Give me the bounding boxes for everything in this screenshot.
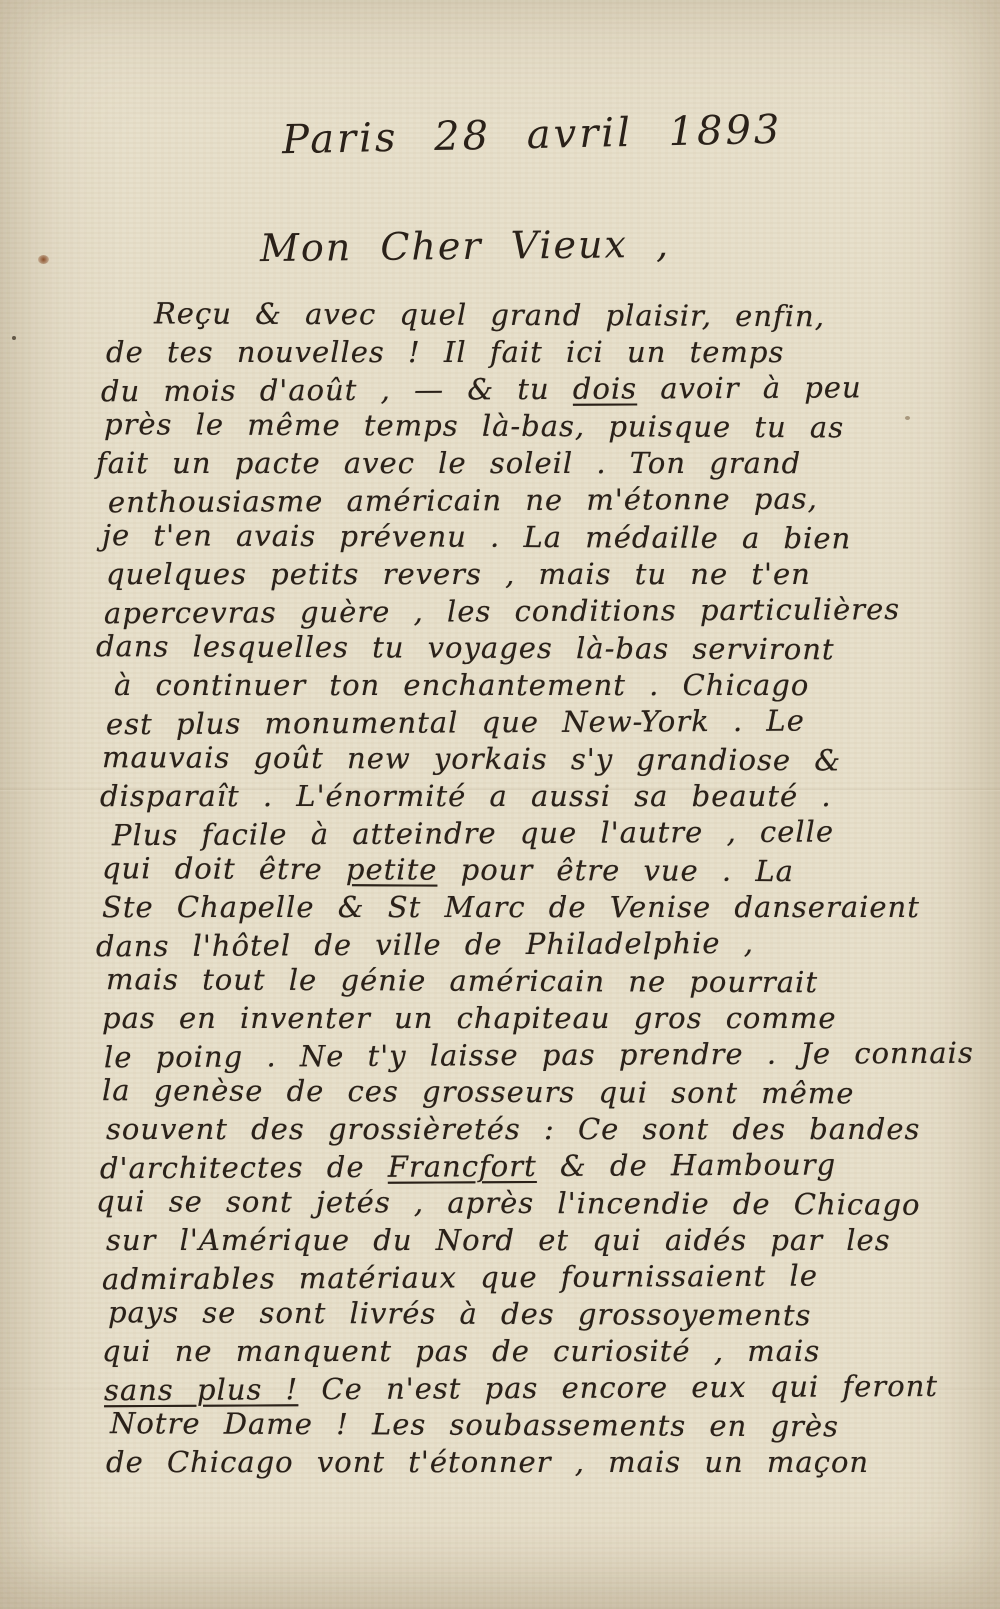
letter-line: je t'en avais prévenu . La médaille a bi… (96, 517, 976, 558)
letter-line: fait un pacte avec le soleil . Ton grand (96, 445, 976, 482)
letter-line: apercevras guère , les conditions partic… (96, 591, 976, 633)
letter-line: enthousiasme américain ne m'étonne pas, (96, 480, 976, 522)
letter-line: qui ne manquent pas de curiosité , mais (96, 1333, 976, 1370)
letter-line: le poing . Ne t'y laisse pas prendre . J… (96, 1035, 976, 1077)
letter-line: Plus facile à atteindre que l'autre , ce… (96, 813, 976, 855)
letter-line: sur l'Amérique du Nord et qui aidés par … (96, 1222, 976, 1259)
letter-line: Reçu & avec quel grand plaisir, enfin, (96, 295, 976, 336)
letter-line: de Chicago vont t'étonner , mais un maço… (96, 1444, 976, 1481)
letter-line: du mois d'août , — & tu dois avoir à peu (96, 369, 976, 411)
letter-line: sans plus ! Ce n'est pas encore eux qui … (96, 1368, 976, 1410)
letter-line: la genèse de ces grosseurs qui sont même (96, 1072, 976, 1113)
letter-page: Paris 28 avril 1893 Mon Cher Vieux , Reç… (0, 0, 1000, 1609)
letter-line: Notre Dame ! Les soubassements en grès (96, 1405, 976, 1446)
letter-salutation: Mon Cher Vieux , (260, 222, 671, 270)
letter-line: dans lesquelles tu voyages là-bas servir… (96, 628, 976, 669)
letter-line: Ste Chapelle & St Marc de Venise dansera… (96, 889, 976, 926)
underlined-word: Francfort (388, 1149, 537, 1184)
letter-line: à continuer ton enchantement . Chicago (96, 667, 976, 704)
foxing-stain-spot (38, 255, 49, 264)
underlined-word: petite (346, 852, 438, 886)
letter-line: admirables matériaux que fournissaient l… (96, 1257, 976, 1299)
letter-line: quelques petits revers , mais tu ne t'en (96, 556, 976, 593)
letter-line: mais tout le génie américain ne pourrait (96, 961, 976, 1002)
letter-line: de tes nouvelles ! Il fait ici un temps (96, 334, 976, 371)
letter-line: disparaît . L'énormité a aussi sa beauté… (96, 778, 976, 815)
letter-line: pays se sont livrés à des grossoyements (96, 1294, 976, 1335)
letter-line: qui doit être petite pour être vue . La (96, 850, 976, 891)
letter-line: qui se sont jetés , après l'incendie de … (96, 1183, 976, 1224)
letter-dateline: Paris 28 avril 1893 (282, 107, 783, 163)
letter-line: dans l'hôtel de ville de Philadelphie , (96, 924, 976, 966)
letter-body: Reçu & avec quel grand plaisir, enfin,de… (96, 297, 976, 1481)
letter-line: souvent des grossièretés : Ce sont des b… (96, 1111, 976, 1148)
letter-line: d'architectes de Francfort & de Hambourg (96, 1146, 976, 1188)
letter-line: près le même temps là-bas, puisque tu as (96, 406, 976, 447)
letter-line: est plus monumental que New-York . Le (96, 702, 976, 744)
underlined-word: sans plus ! (104, 1372, 298, 1407)
ink-speck-spot (12, 336, 16, 340)
underlined-word: dois (573, 371, 637, 405)
letter-line: mauvais goût new yorkais s'y grandiose & (96, 739, 976, 780)
letter-line: pas en inventer un chapiteau gros comme (96, 1000, 976, 1037)
